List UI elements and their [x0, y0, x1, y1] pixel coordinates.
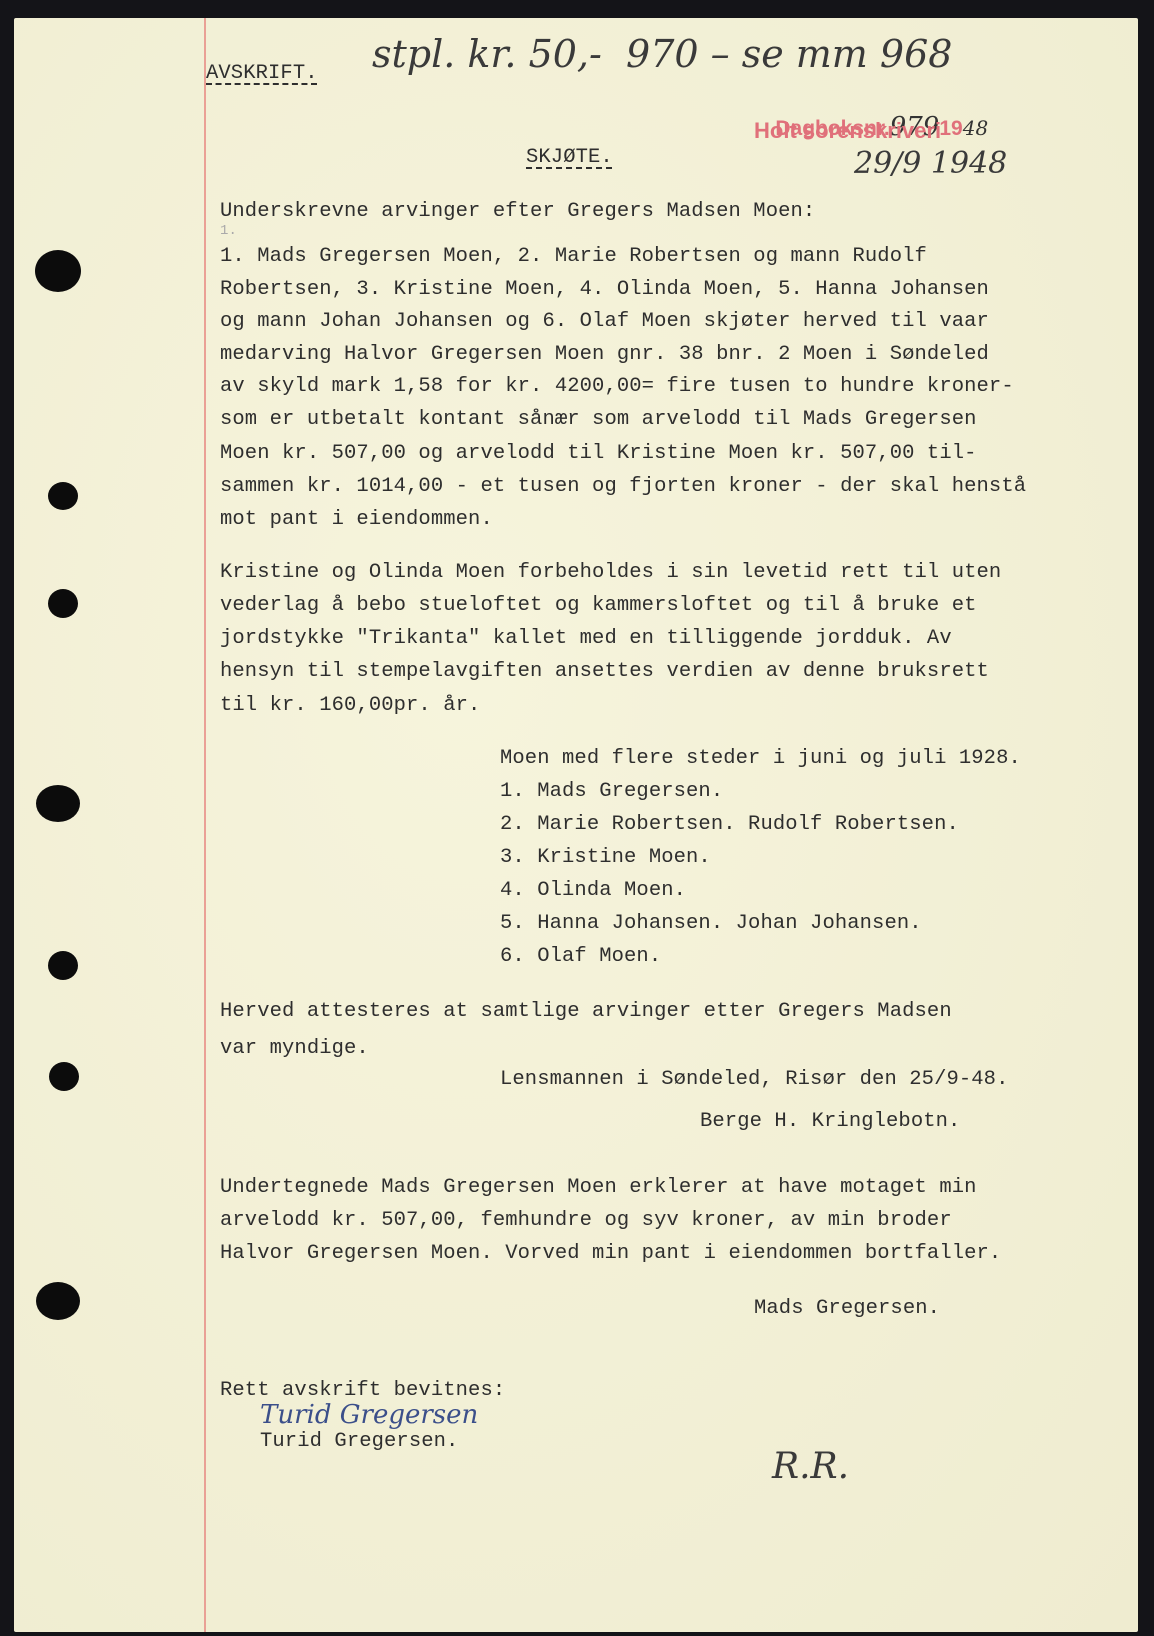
attestation-line: Herved attesteres at samtlige arvinger e…	[220, 1000, 952, 1023]
punch-hole	[48, 951, 78, 980]
punch-hole	[49, 1062, 79, 1091]
receipt-line: Halvor Gregersen Moen. Vorved min pant i…	[220, 1242, 1001, 1265]
stamp-year-prefix: 19	[939, 117, 962, 140]
text-line: jordstykke "Trikanta" kallet med en till…	[220, 627, 952, 650]
margin-line	[204, 18, 206, 1632]
signatory-item: 3. Kristine Moen.	[500, 846, 711, 869]
attest-signer: Berge H. Kringlebotn.	[700, 1110, 960, 1133]
text-line: Robertsen, 3. Kristine Moen, 4. Olinda M…	[220, 278, 989, 301]
receipt-line: arvelodd kr. 507,00, femhundre og syv kr…	[220, 1209, 952, 1232]
document-title: SKJØTE.	[526, 146, 613, 169]
punch-hole	[36, 785, 80, 822]
text-line: 1. Mads Gregersen Moen, 2. Marie Roberts…	[220, 245, 927, 268]
text-line: som er utbetalt kontant sånær som arvelo…	[220, 408, 977, 431]
stamp-office: Holt sorenskriveri	[754, 118, 941, 144]
avskrift-label: AVSKRIFT.	[206, 62, 318, 85]
text-line: og mann Johan Johansen og 6. Olaf Moen s…	[220, 310, 989, 333]
receipt-signer: Mads Gregersen.	[754, 1297, 940, 1320]
handwritten-initials: R.R.	[772, 1446, 849, 1487]
text-line: Kristine og Olinda Moen forbeholdes i si…	[220, 561, 1001, 584]
text-line: medarving Halvor Gregersen Moen gnr. 38 …	[220, 343, 989, 366]
stamp-date: 29/9 1948	[854, 146, 1007, 181]
attest-place: Lensmannen i Søndeled, Risør den 25/9-48…	[500, 1068, 1008, 1091]
attestation-line: var myndige.	[220, 1037, 369, 1060]
handwritten-signature: Turid Gregersen	[260, 1400, 478, 1430]
text-line: sammen kr. 1014,00 - et tusen og fjorten…	[220, 475, 1026, 498]
handwritten-stamp-note: stpl. kr. 50,- 970 – se mm 968	[372, 32, 952, 76]
punch-hole	[48, 482, 78, 510]
text-line: til kr. 160,00pr. år.	[220, 694, 480, 717]
certification-label: Rett avskrift bevitnes:	[220, 1379, 505, 1402]
text-line: mot pant i eiendommen.	[220, 508, 493, 531]
text-line: Underskrevne arvinger efter Gregers Mads…	[220, 200, 815, 223]
receipt-line: Undertegnede Mads Gregersen Moen erklere…	[220, 1176, 977, 1199]
signatory-item: 1. Mads Gregersen.	[500, 780, 723, 803]
text-line: Moen kr. 507,00 og arvelodd til Kristine…	[220, 442, 977, 465]
punch-hole	[48, 589, 78, 618]
text-line: vederlag å bebo stueloftet og kammerslof…	[220, 594, 977, 617]
punch-hole	[35, 250, 81, 292]
place-date: Moen med flere steder i juni og juli 192…	[500, 747, 1021, 770]
signatory-item: 5. Hanna Johansen. Johan Johansen.	[500, 912, 922, 935]
text-line: 1.	[220, 223, 237, 239]
punch-hole	[36, 1282, 80, 1320]
stamp-year-suffix: 48	[963, 116, 988, 140]
text-line: hensyn til stempelavgiften ansettes verd…	[220, 660, 989, 683]
certifier-name: Turid Gregersen.	[260, 1430, 458, 1453]
signatory-item: 2. Marie Robertsen. Rudolf Robertsen.	[500, 813, 959, 836]
text-line: av skyld mark 1,58 for kr. 4200,00= fire…	[220, 375, 1014, 398]
document-page: AVSKRIFT. stpl. kr. 50,- 970 – se mm 968…	[14, 18, 1138, 1632]
signatory-item: 4. Olinda Moen.	[500, 879, 686, 902]
signatory-item: 6. Olaf Moen.	[500, 945, 661, 968]
